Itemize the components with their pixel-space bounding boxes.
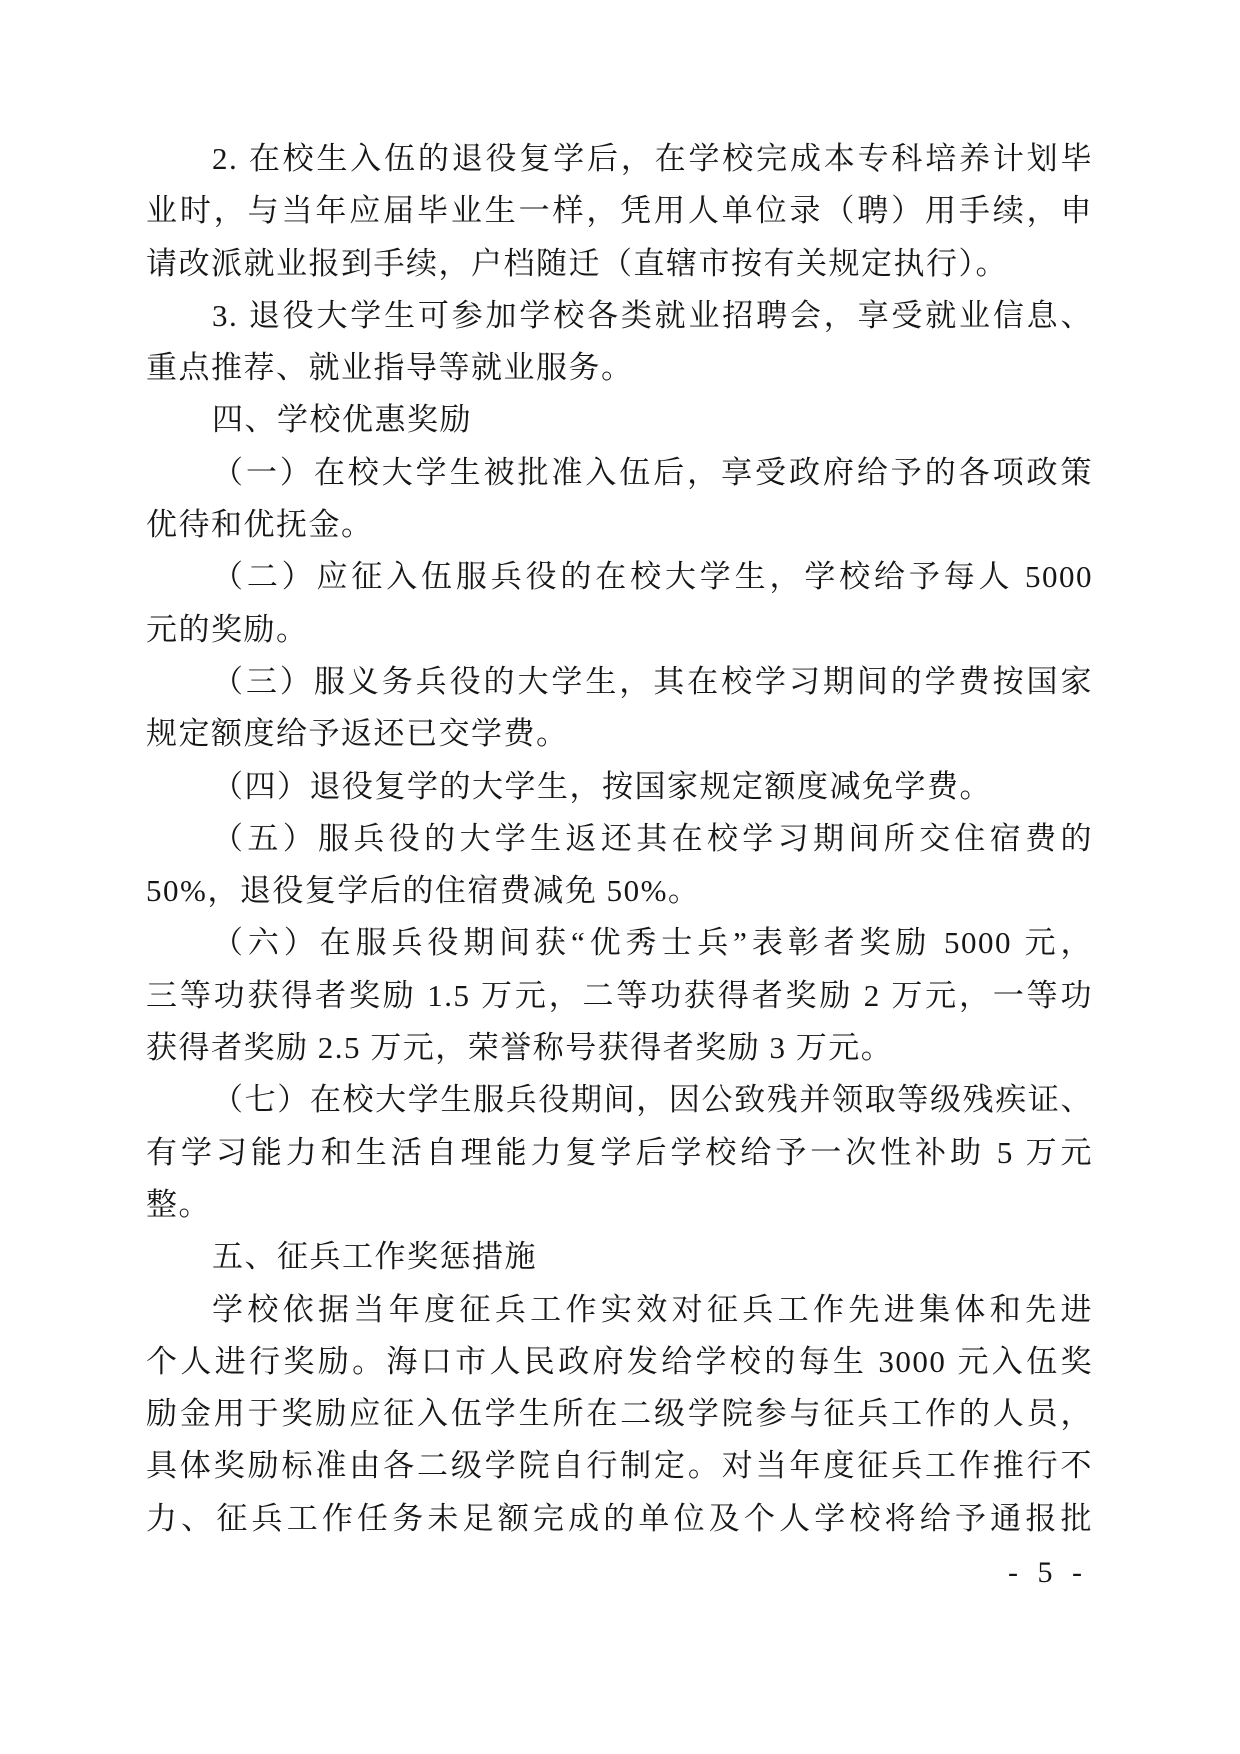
- text-line: 三等功获得者奖励 1.5 万元，二等功获得者奖励 2 万元，一等功: [146, 970, 1093, 1022]
- document-page: 2. 在校生入伍的退役复学后，在学校完成本专科培养计划毕业时，与当年应届毕业生一…: [0, 0, 1240, 1754]
- text-line: 优待和优抚金。: [146, 499, 1093, 551]
- text-line: 获得者奖励 2.5 万元，荣誉称号获得者奖励 3 万元。: [146, 1022, 1093, 1074]
- document-body: 2. 在校生入伍的退役复学后，在学校完成本专科培养计划毕业时，与当年应届毕业生一…: [146, 133, 1093, 1545]
- text-line: 2. 在校生入伍的退役复学后，在学校完成本专科培养计划毕: [146, 133, 1093, 185]
- text-line: （四）退役复学的大学生，按国家规定额度减免学费。: [146, 761, 1093, 813]
- text-line: 个人进行奖励。海口市人民政府发给学校的每生 3000 元入伍奖: [146, 1336, 1093, 1388]
- text-line: 元的奖励。: [146, 604, 1093, 656]
- text-line: 学校依据当年度征兵工作实效对征兵工作先进集体和先进: [146, 1284, 1093, 1336]
- text-line: 四、学校优惠奖励: [146, 394, 1093, 446]
- text-line: 业时，与当年应届毕业生一样，凭用人单位录（聘）用手续，申: [146, 185, 1093, 237]
- text-line: （一）在校大学生被批准入伍后，享受政府给予的各项政策: [146, 447, 1093, 499]
- text-line: （五）服兵役的大学生返还其在校学习期间所交住宿费的: [146, 813, 1093, 865]
- text-line: 规定额度给予返还已交学费。: [146, 708, 1093, 760]
- text-line: 励金用于奖励应征入伍学生所在二级学院参与征兵工作的人员，: [146, 1388, 1093, 1440]
- text-line: （六）在服兵役期间获“优秀士兵”表彰者奖励 5000 元，: [146, 917, 1093, 969]
- text-line: 重点推荐、就业指导等就业服务。: [146, 342, 1093, 394]
- text-line: 50%，退役复学后的住宿费减免 50%。: [146, 865, 1093, 917]
- text-line: 力、征兵工作任务未足额完成的单位及个人学校将给予通报批: [146, 1493, 1093, 1545]
- text-line: 有学习能力和生活自理能力复学后学校给予一次性补助 5 万元: [146, 1127, 1093, 1179]
- text-line: 整。: [146, 1179, 1093, 1231]
- text-line: （二）应征入伍服兵役的在校大学生，学校给予每人 5000: [146, 551, 1093, 603]
- text-line: （三）服义务兵役的大学生，其在校学习期间的学费按国家: [146, 656, 1093, 708]
- text-line: 五、征兵工作奖惩措施: [146, 1231, 1093, 1283]
- text-line: 3. 退役大学生可参加学校各类就业招聘会，享受就业信息、: [146, 290, 1093, 342]
- text-line: 具体奖励标准由各二级学院自行制定。对当年度征兵工作推行不: [146, 1440, 1093, 1492]
- page-number: - 5 -: [1008, 1556, 1088, 1590]
- text-line: （七）在校大学生服兵役期间，因公致残并领取等级残疾证、: [146, 1074, 1093, 1126]
- text-line: 请改派就业报到手续，户档随迁（直辖市按有关规定执行）。: [146, 238, 1093, 290]
